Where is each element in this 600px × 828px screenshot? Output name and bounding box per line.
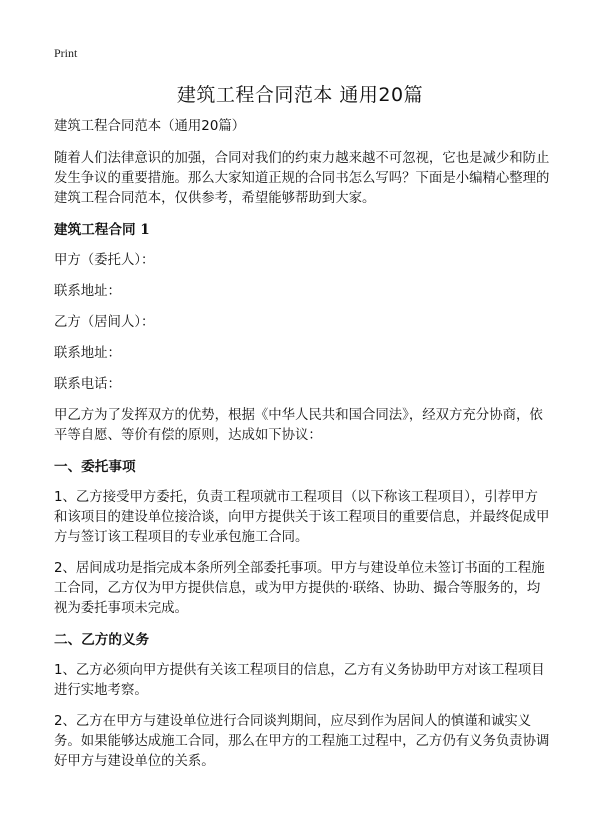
party-a-address-field: 联系地址： [54, 282, 550, 302]
party-b-phone-field: 联系电话： [54, 375, 550, 395]
clause-paragraph: 2、乙方在甲方与建设单位进行合同谈判期间，应尽到作为居间人的慎谨和诚实义务。如果… [54, 712, 550, 772]
clause-paragraph: 1、乙方必须向甲方提供有关该工程项目的信息，乙方有义务协助甲方对该工程项目进行实… [54, 661, 550, 701]
section-heading-entrustment: 一、委托事项 [54, 457, 550, 477]
document-subtitle: 建筑工程合同范本（通用20篇） [54, 117, 550, 137]
preamble-paragraph: 甲乙方为了发挥双方的优势，根据《中华人民共和国合同法》，经双方充分协商，依平等自… [54, 406, 550, 446]
clause-paragraph: 2、居间成功是指完成本条所列全部委托事项。甲方与建设单位未签订书面的工程施工合同… [54, 559, 550, 619]
print-label: Print [54, 46, 77, 61]
party-b-field: 乙方（居间人）： [54, 313, 550, 333]
intro-paragraph: 随着人们法律意识的加强，合同对我们的约束力越来越不可忽视，它也是减少和防止发生争… [54, 149, 550, 209]
document-title: 建筑工程合同范本 通用20篇 [0, 80, 600, 107]
document-body: 建筑工程合同范本（通用20篇） 随着人们法律意识的加强，合同对我们的约束力越来越… [54, 117, 550, 783]
contract-heading: 建筑工程合同 1 [54, 220, 550, 240]
section-heading-party-b-obligations: 二、乙方的义务 [54, 630, 550, 650]
clause-paragraph: 1、乙方接受甲方委托，负责工程项就市工程项目（以下称该工程项目），引荐甲方和该项… [54, 488, 550, 548]
party-a-field: 甲方（委托人）： [54, 251, 550, 271]
party-b-address-field: 联系地址： [54, 344, 550, 364]
